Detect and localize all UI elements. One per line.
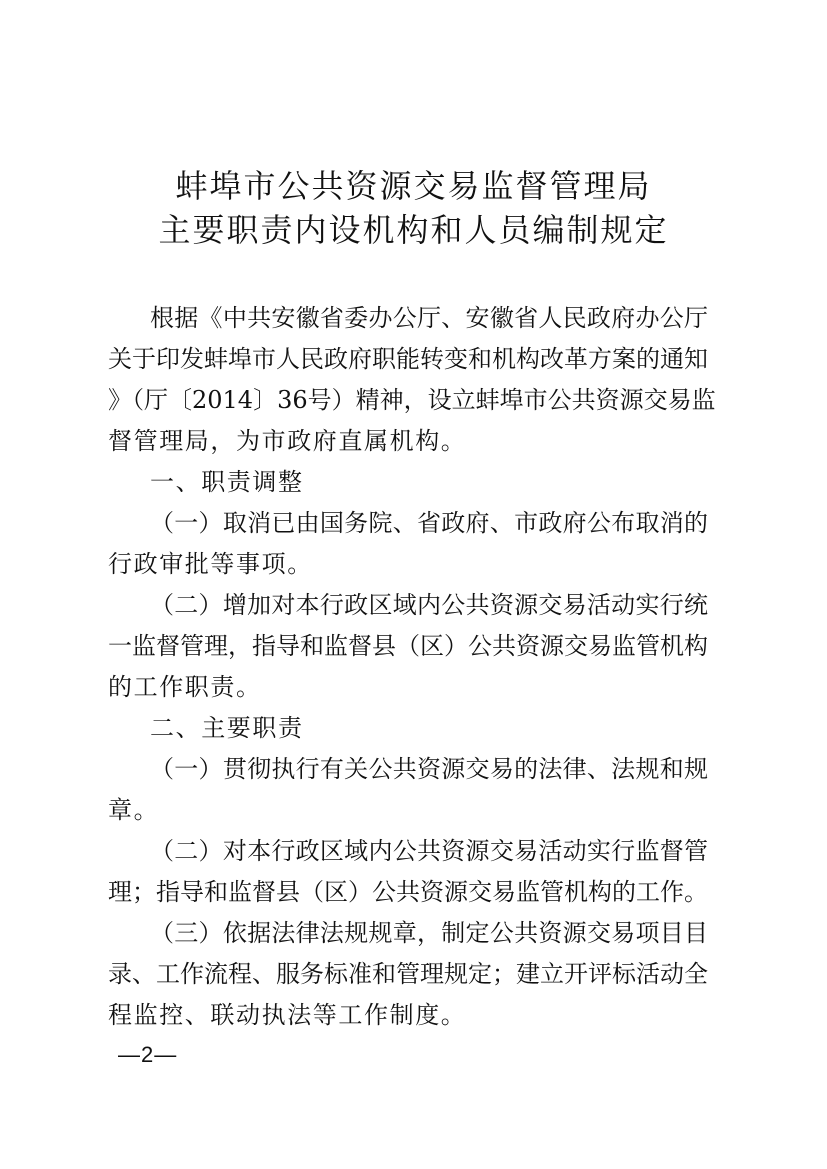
paragraph-line: （一）贯彻执行有关公共资源交易的法律、法规和规: [150, 749, 708, 790]
paragraph-line: （一）取消已由国务院、省政府、市政府公布取消的: [150, 503, 708, 544]
page-number: —2—: [118, 1040, 177, 1070]
paragraph-line: 》（厅〔2014〕36号）精神，设立蚌埠市公共资源交易监: [108, 380, 708, 421]
paragraph-line: 一监督管理，指导和监督县（区）公共资源交易监管机构: [108, 626, 708, 667]
paragraph-line: 的工作职责。: [108, 667, 708, 708]
paragraph-line: （二）增加对本行政区域内公共资源交易活动实行统: [150, 585, 708, 626]
paragraph-line: （二）对本行政区域内公共资源交易活动实行监督管: [150, 831, 708, 872]
document-title-line-2: 主要职责内设机构和人员编制规定: [0, 208, 827, 252]
paragraph-line: 督管理局，为市政府直属机构。: [108, 421, 708, 462]
paragraph-line: 关于印发蚌埠市人民政府职能转变和机构改革方案的通知: [108, 339, 708, 380]
paragraph-line: 根据《中共安徽省委办公厅、安徽省人民政府办公厅: [150, 298, 708, 339]
paragraph-line: 章。: [108, 790, 708, 831]
section-heading: 一、职责调整: [150, 462, 708, 503]
paragraph-line: 程监控、联动执法等工作制度。: [108, 995, 708, 1036]
document-page: 蚌埠市公共资源交易监督管理局 主要职责内设机构和人员编制规定 根据《中共安徽省委…: [0, 0, 827, 1169]
document-title-line-1: 蚌埠市公共资源交易监督管理局: [0, 164, 827, 208]
section-heading: 二、主要职责: [150, 708, 708, 749]
paragraph-line: （三）依据法律法规规章，制定公共资源交易项目目: [150, 913, 708, 954]
paragraph-line: 录、工作流程、服务标准和管理规定；建立开评标活动全: [108, 954, 708, 995]
paragraph-line: 理；指导和监督县（区）公共资源交易监管机构的工作。: [108, 872, 708, 913]
paragraph-line: 行政审批等事项。: [108, 544, 708, 585]
